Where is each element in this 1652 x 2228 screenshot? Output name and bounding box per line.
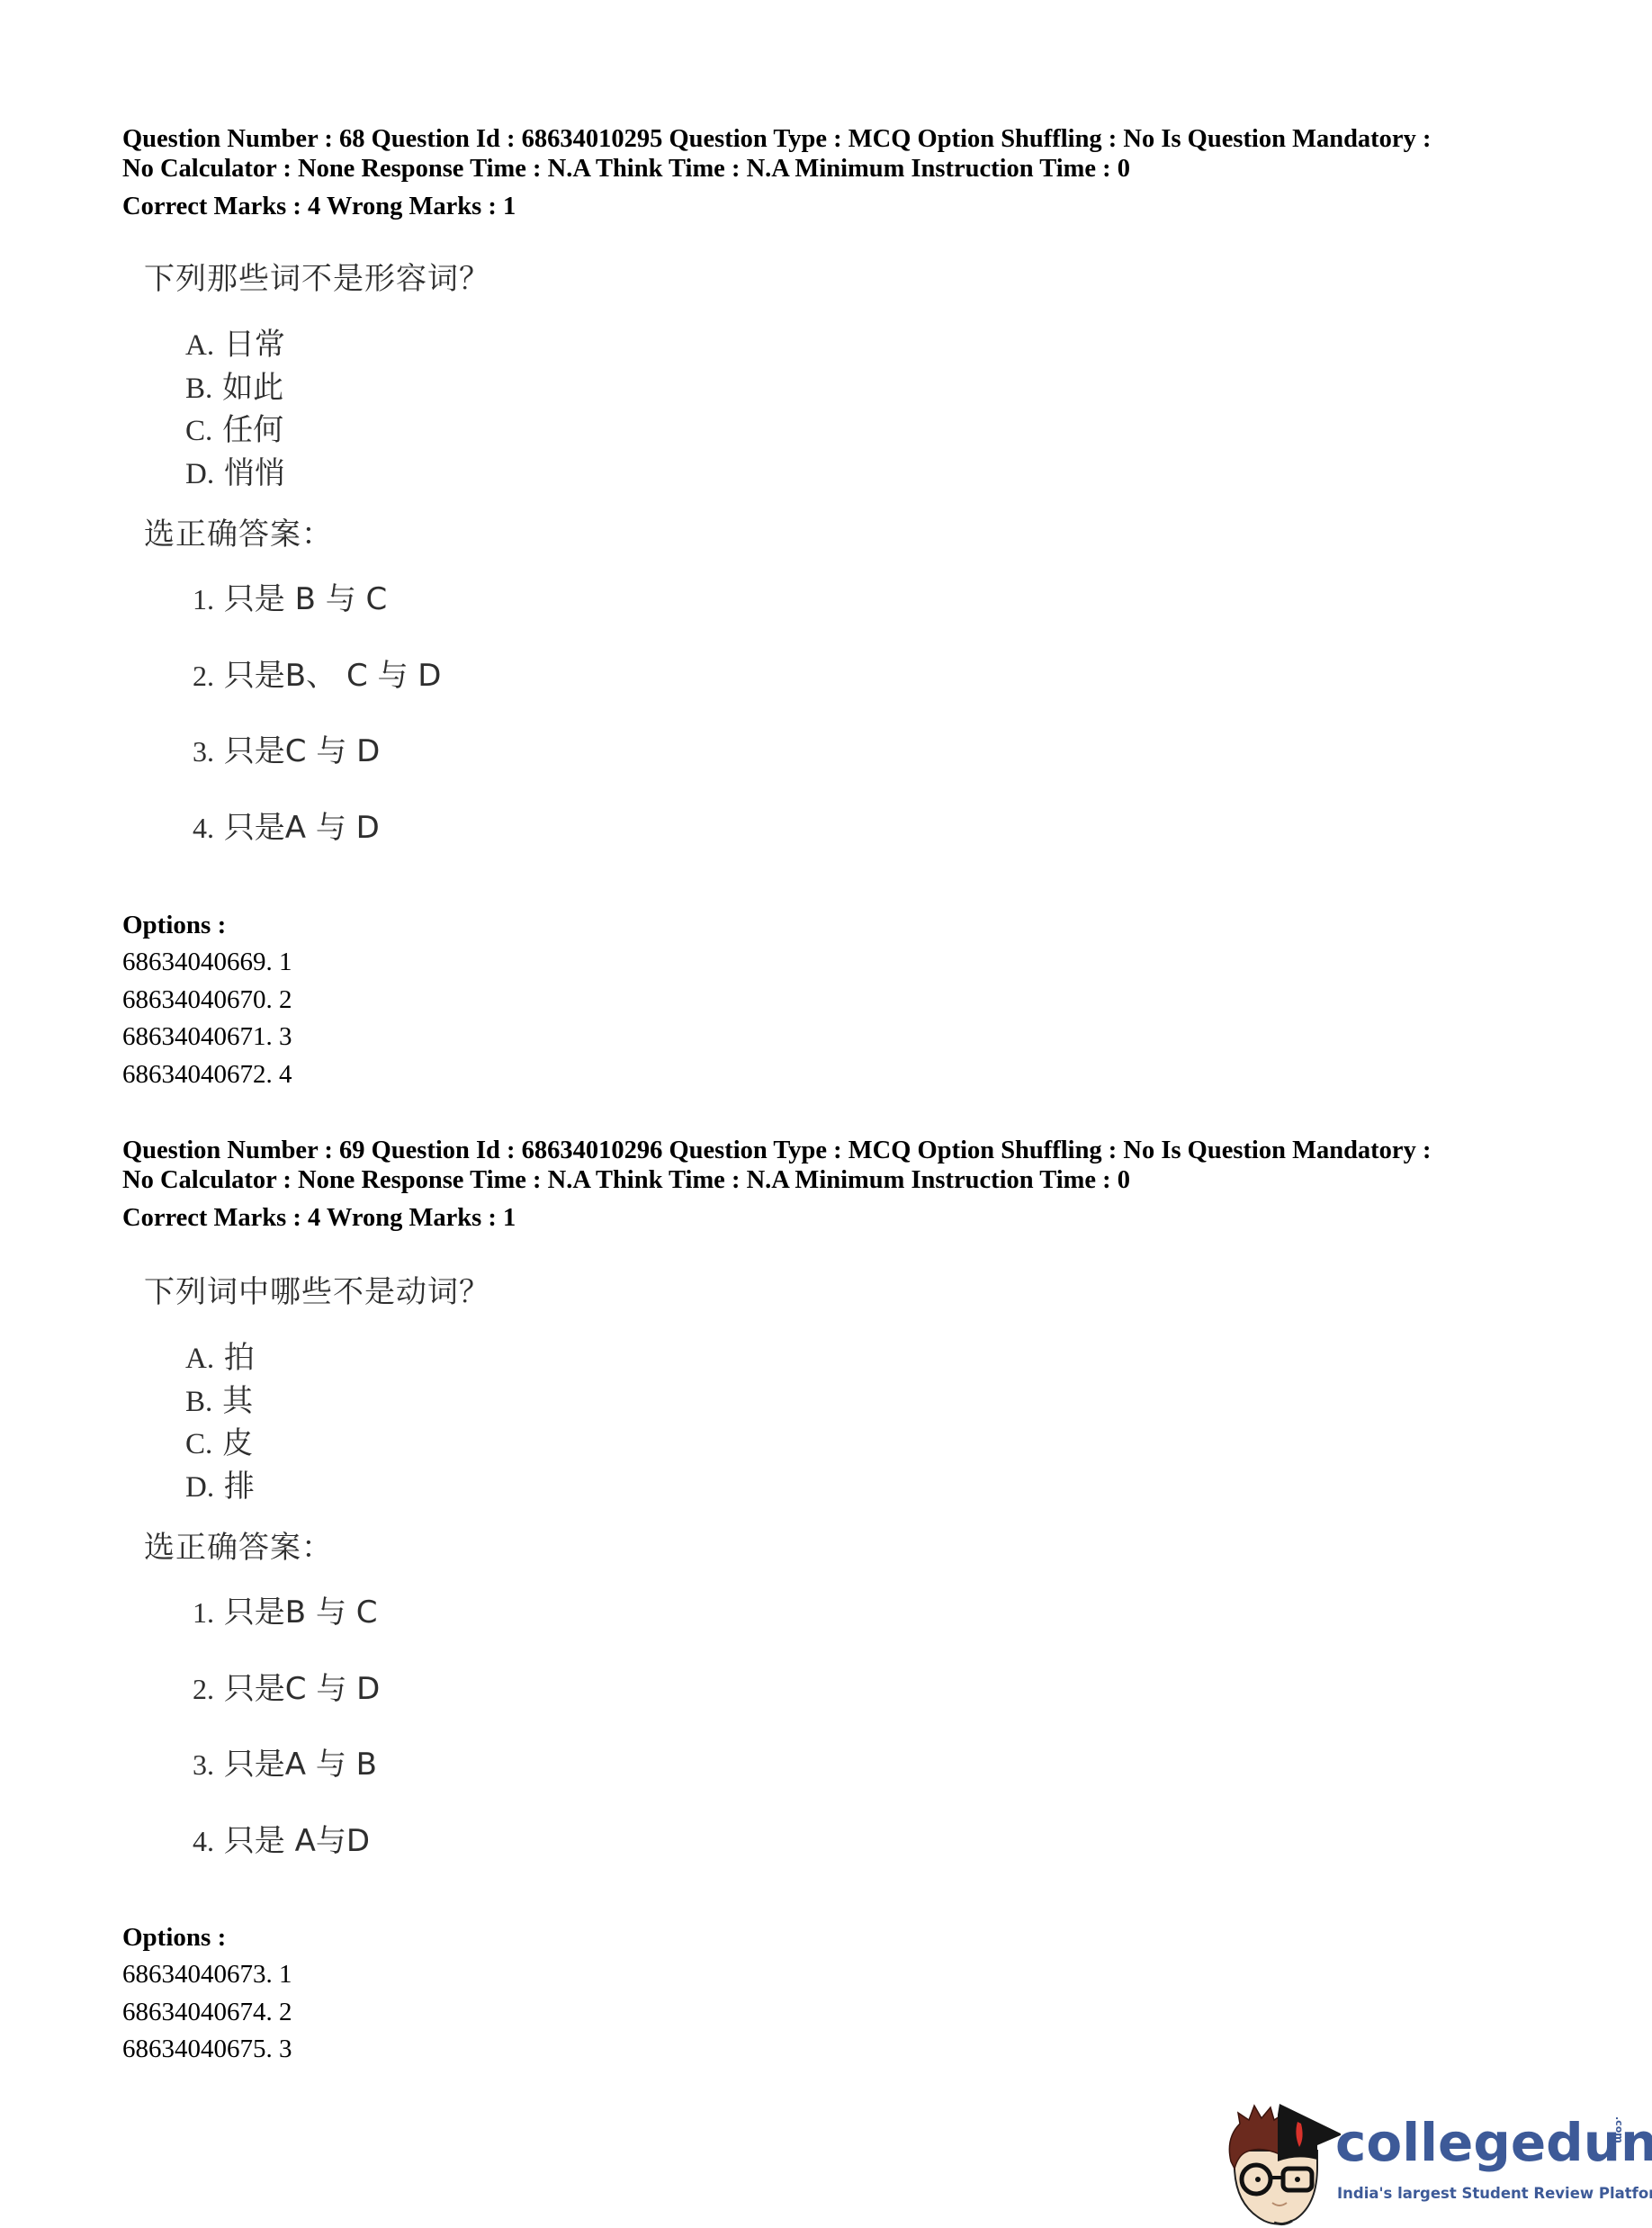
choice-b: B. 其 (185, 1380, 490, 1424)
answer-prompt: 选正确答案： (144, 1530, 490, 1566)
choice-c: C. 任何 (185, 409, 490, 453)
question-meta-line-2: No Calculator : None Response Time : N.A… (122, 1165, 1562, 1195)
answer-option-1: 1. 只是 B 与 C (193, 581, 490, 658)
choice-d: D. 悄悄 (185, 453, 490, 496)
answer-option-3: 3. 只是A 与 B (193, 1747, 490, 1823)
answer-option-4: 4. 只是A 与 D (193, 810, 490, 886)
logo-tagline: India's largest Student Review Platform (1337, 2185, 1652, 2202)
question-69-image: 下列词中哪些不是动词？ A. 拍 B. 其 C. 皮 D. 排 选正确答案： 1… (144, 1274, 490, 1899)
question-meta-line-1: Question Number : 68 Question Id : 68634… (122, 124, 1562, 154)
answer-option-4: 4. 只是 A与D (193, 1823, 490, 1900)
choice-b: B. 如此 (185, 367, 490, 410)
question-marks-line: Correct Marks : 4 Wrong Marks : 1 (122, 1203, 1562, 1233)
option-id-row: 68634040670. 2 (122, 982, 292, 1020)
answer-option-2: 2. 只是B、 C 与 D (193, 658, 490, 734)
question-meta-line-2: No Calculator : None Response Time : N.A… (122, 154, 1562, 184)
question-68-header: Question Number : 68 Question Id : 68634… (122, 124, 1562, 221)
choice-a: A. 日常 (185, 324, 490, 367)
question-68-options: Options : 68634040669. 1 68634040670. 2 … (122, 906, 292, 1094)
logo-wordmark: collegedunia (1335, 2113, 1652, 2172)
answer-option-2: 2. 只是C 与 D (193, 1671, 490, 1747)
question-choices: A. 拍 B. 其 C. 皮 D. 排 (185, 1337, 490, 1508)
student-mascot-icon (1224, 2097, 1341, 2228)
choice-a: A. 拍 (185, 1337, 490, 1380)
option-id-row: 68634040671. 3 (122, 1019, 292, 1056)
option-id-row: 68634040672. 4 (122, 1056, 292, 1094)
answer-prompt: 选正确答案： (144, 517, 490, 553)
choice-d: D. 排 (185, 1466, 490, 1509)
question-meta-line-1: Question Number : 69 Question Id : 68634… (122, 1136, 1562, 1165)
question-69-options: Options : 68634040673. 1 68634040674. 2 … (122, 1918, 292, 2069)
options-label: Options : (122, 906, 292, 944)
answer-option-1: 1. 只是B 与 C (193, 1595, 490, 1671)
option-id-row: 68634040669. 1 (122, 944, 292, 982)
question-marks-line: Correct Marks : 4 Wrong Marks : 1 (122, 192, 1562, 221)
logo-dotcom: .com (1613, 2116, 1625, 2152)
option-id-row: 68634040673. 1 (122, 1956, 292, 1994)
answer-list: 1. 只是 B 与 C 2. 只是B、 C 与 D 3. 只是C 与 D 4. … (193, 581, 490, 885)
answer-list: 1. 只是B 与 C 2. 只是C 与 D 3. 只是A 与 B 4. 只是 A… (193, 1595, 490, 1899)
question-69-header: Question Number : 69 Question Id : 68634… (122, 1136, 1562, 1233)
question-choices: A. 日常 B. 如此 C. 任何 D. 悄悄 (185, 324, 490, 495)
options-label: Options : (122, 1918, 292, 1956)
answer-option-3: 3. 只是C 与 D (193, 733, 490, 810)
question-68-image: 下列那些词不是形容词？ A. 日常 B. 如此 C. 任何 D. 悄悄 选正确答… (144, 261, 490, 885)
option-id-row: 68634040674. 2 (122, 1994, 292, 2032)
question-stem: 下列那些词不是形容词？ (144, 261, 490, 297)
option-id-row: 68634040675. 3 (122, 2031, 292, 2069)
question-stem: 下列词中哪些不是动词？ (144, 1274, 490, 1310)
choice-c: C. 皮 (185, 1423, 490, 1466)
collegedunia-logo: collegedunia .com India's largest Studen… (1224, 2097, 1647, 2223)
